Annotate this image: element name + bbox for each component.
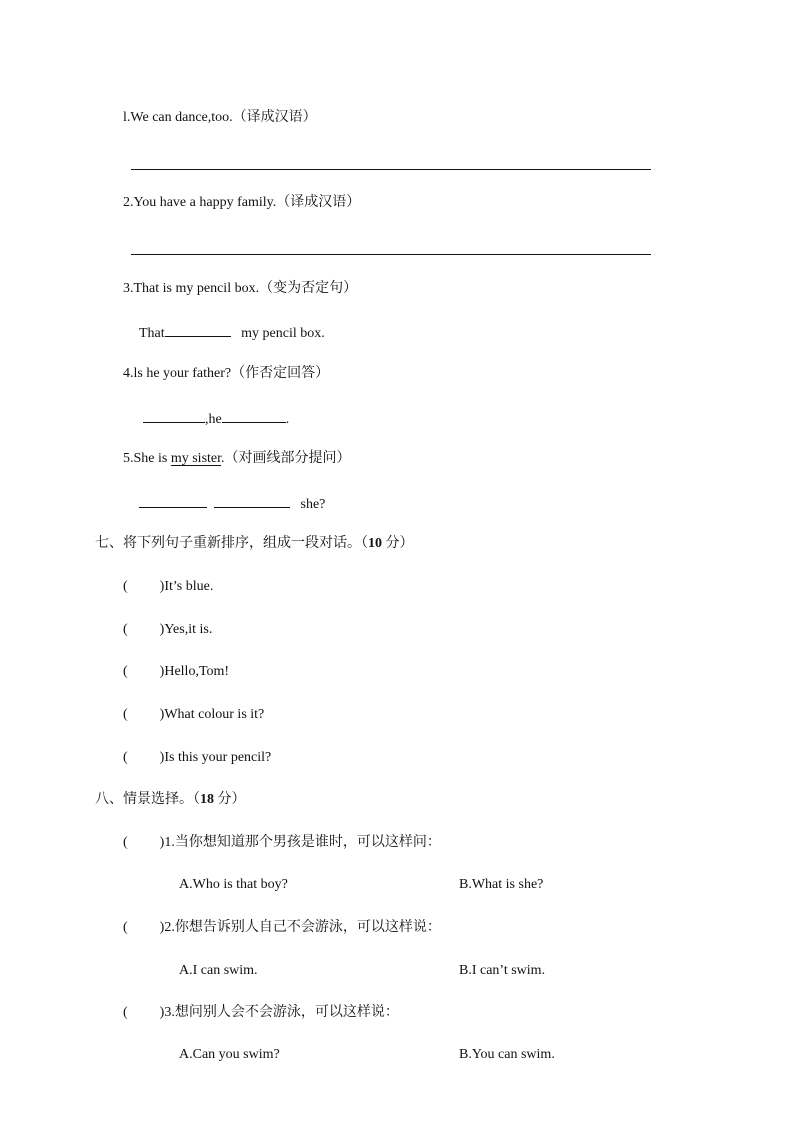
question-2-text: 2.You have a happy family. [123, 195, 276, 210]
section-8-title-text: 八、情景选择。（ [95, 792, 200, 807]
answer-end: she? [301, 497, 326, 512]
question-1: l.We can dance,too.（译成汉语） [123, 109, 317, 127]
blank-open[interactable]: ( [123, 579, 128, 594]
order-item-text: Hello,Tom! [164, 664, 229, 679]
question-3-answer: That my pencil box. [139, 322, 325, 343]
question-5: 5.She is my sister.（对画线部分提问） [123, 450, 351, 468]
order-item-text: Is this your pencil? [164, 750, 271, 765]
option-a[interactable]: A.I can swim. [179, 962, 258, 980]
order-item: ()Yes,it is. [123, 621, 212, 639]
question-4-hint: （作否定回答） [231, 366, 329, 381]
option-b[interactable]: B.What is she? [459, 876, 543, 894]
question-1-hint: （译成汉语） [233, 110, 317, 125]
order-item: ()It’s blue. [123, 578, 213, 596]
blank-open[interactable]: ( [123, 622, 128, 637]
choice-question-text: 2.你想告诉别人自己不会游泳，可以这样说： [164, 920, 441, 935]
question-5-answer: she? [139, 493, 325, 514]
blank-open[interactable]: ( [123, 920, 128, 935]
section-8-title: 八、情景选择。（18 分） [95, 791, 246, 809]
order-item: ()What colour is it? [123, 706, 264, 724]
section-8-score: 18 [200, 792, 214, 807]
choice-question-text: 3.想问别人会不会游泳，可以这样说： [164, 1005, 399, 1020]
section-7-title: 七、将下列句子重新排序，组成一段对话。（10 分） [95, 535, 414, 553]
blank-open[interactable]: ( [123, 1005, 128, 1020]
order-item: ()Hello,Tom! [123, 663, 229, 681]
answer-blank-1[interactable] [139, 493, 207, 508]
answer-end: . [286, 412, 290, 427]
section-7-title-text: 七、将下列句子重新排序，组成一段对话。（ [95, 536, 368, 551]
section-8-score-unit: 分） [214, 792, 246, 807]
answer-blank-2[interactable] [222, 408, 286, 423]
section-7-score: 10 [368, 536, 382, 551]
question-4-text: 4.ls he your father? [123, 366, 231, 381]
option-a[interactable]: A.Who is that boy? [179, 876, 288, 894]
answer-line-1[interactable] [131, 169, 651, 170]
answer-line-2[interactable] [131, 254, 651, 255]
option-b[interactable]: B.You can swim. [459, 1046, 555, 1064]
blank-open[interactable]: ( [123, 750, 128, 765]
question-5-prefix: 5.She is [123, 451, 171, 466]
answer-suffix: my pencil box. [241, 326, 325, 341]
choice-question: ()1.当你想知道那个男孩是谁时，可以这样问： [123, 834, 441, 852]
answer-blank-2[interactable] [214, 493, 290, 508]
option-a[interactable]: A.Can you swim? [179, 1046, 280, 1064]
order-item-text: What colour is it? [164, 707, 264, 722]
question-3: 3.That is my pencil box.（变为否定句） [123, 280, 357, 298]
option-b[interactable]: B.I can’t swim. [459, 962, 545, 980]
answer-blank[interactable] [165, 322, 231, 337]
question-5-hint: （对画线部分提问） [225, 451, 351, 466]
underlined-phrase: my sister [171, 451, 221, 466]
question-3-hint: （变为否定句） [259, 281, 357, 296]
question-1-text: l.We can dance,too. [123, 110, 233, 125]
question-2: 2.You have a happy family.（译成汉语） [123, 194, 360, 212]
choice-question: ()3.想问别人会不会游泳，可以这样说： [123, 1004, 399, 1022]
question-2-hint: （译成汉语） [276, 195, 360, 210]
blank-open[interactable]: ( [123, 707, 128, 722]
answer-blank-1[interactable] [143, 408, 205, 423]
answer-prefix: That [139, 326, 165, 341]
order-item-text: Yes,it is. [164, 622, 212, 637]
choice-question: ()2.你想告诉别人自己不会游泳，可以这样说： [123, 919, 441, 937]
question-4-answer: ,he. [143, 408, 289, 429]
order-item: ()Is this your pencil? [123, 749, 271, 767]
choice-question-text: 1.当你想知道那个男孩是谁时，可以这样问： [164, 835, 441, 850]
blank-open[interactable]: ( [123, 664, 128, 679]
question-3-text: 3.That is my pencil box. [123, 281, 259, 296]
answer-mid: ,he [205, 412, 222, 427]
section-7-score-unit: 分） [382, 536, 414, 551]
question-4: 4.ls he your father?（作否定回答） [123, 365, 329, 383]
blank-open[interactable]: ( [123, 835, 128, 850]
order-item-text: It’s blue. [164, 579, 213, 594]
